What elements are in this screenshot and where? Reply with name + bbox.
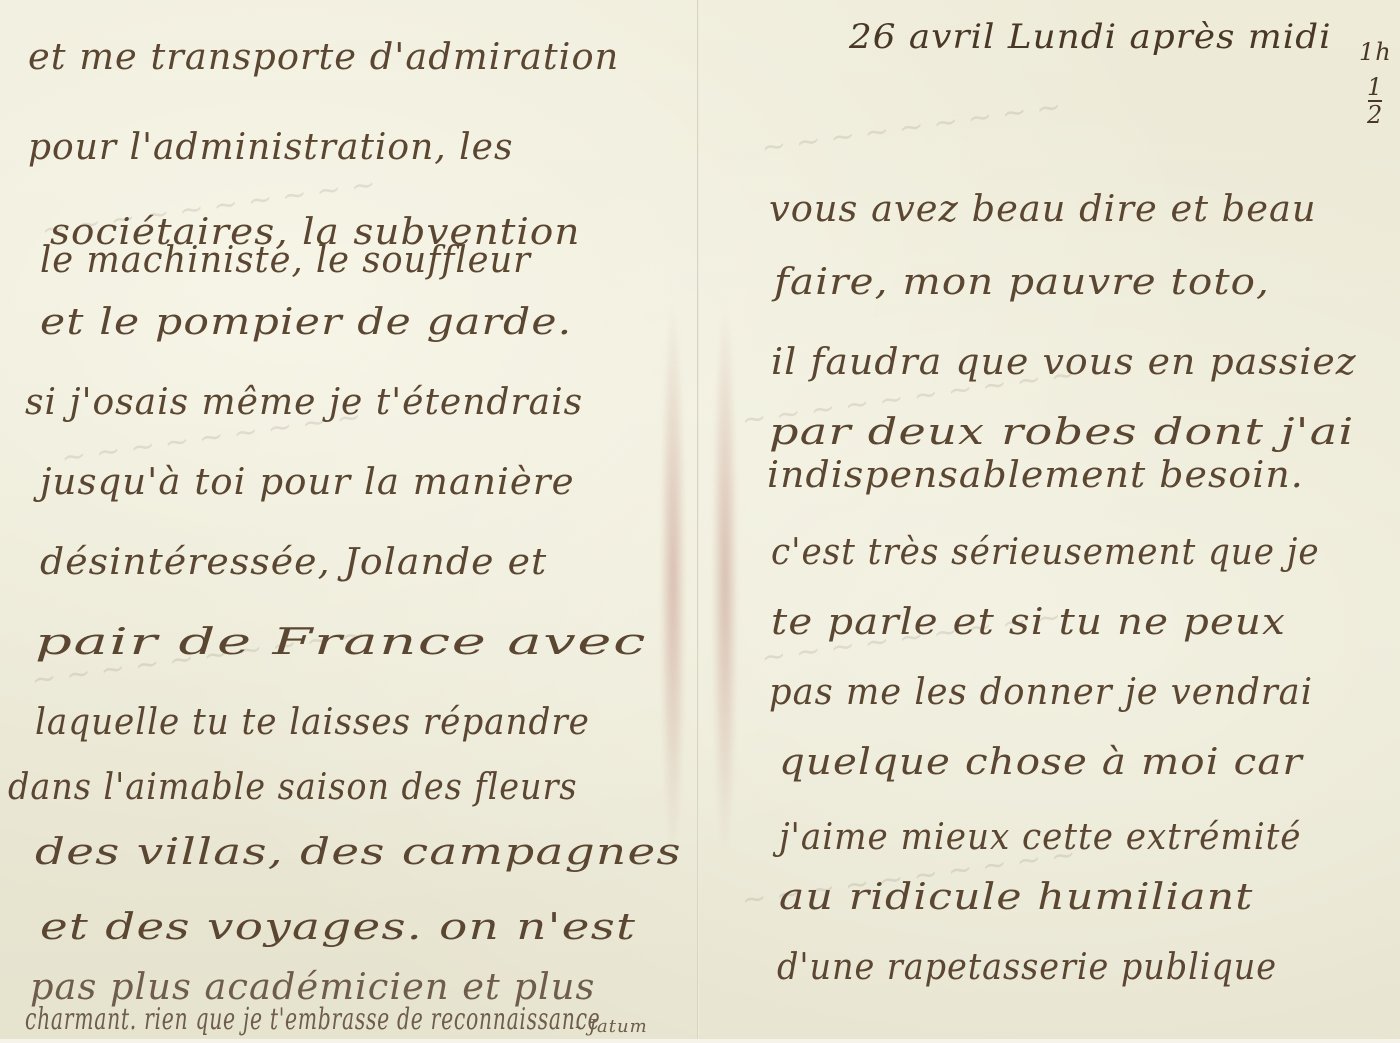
letter-time-fraction: 1 2 (1367, 75, 1382, 127)
paper-bottom-edge (0, 1039, 1400, 1043)
letter-scan: ~ ~ ~ ~ ~ ~ ~ ~ ~ ~ ~ ~ ~ ~ ~ ~ ~ ~ ~ ~ … (0, 0, 1400, 1043)
handwritten-line: vous avez beau dire et beau (769, 192, 1317, 228)
handwritten-line: faire, mon pauvre toto, (774, 265, 1270, 301)
handwritten-line: charmant. rien que je t'embrasse de reco… (25, 1005, 600, 1035)
handwritten-line: d'une rapetasserie publique (777, 950, 1277, 986)
handwritten-line: pas me les donner je vendrai (769, 675, 1313, 711)
handwritten-line: au ridicule humiliant (779, 880, 1254, 916)
footnote-signature: - Jatum (575, 1018, 648, 1036)
fraction-numerator: 1 (1367, 75, 1382, 99)
handwritten-line: désintéressée, Jolande et (40, 545, 547, 581)
handwritten-line: il faudra que vous en passiez (771, 345, 1357, 381)
handwritten-line: jusqu'à toi pour la manière (40, 465, 575, 501)
handwritten-line: pair de France avec (35, 625, 647, 661)
handwritten-line: c'est très sérieusement que je (771, 535, 1320, 571)
left-page: et me transporte d'admiration pour l'adm… (0, 0, 697, 1043)
right-page: 26 avril Lundi après midi 1h 1 2 vous av… (699, 0, 1400, 1043)
handwritten-line: te parle et si tu ne peux (771, 605, 1286, 641)
handwritten-line: si j'osais même je t'étendrais (25, 385, 583, 421)
handwritten-line: et des voyages. on n'est (40, 910, 636, 946)
handwritten-line: par deux robes dont j'ai (769, 415, 1355, 451)
letter-time-hour: 1h (1359, 40, 1392, 64)
handwritten-line: le machiniste, le souffleur (40, 243, 531, 279)
handwritten-line: dans l'aimable saison des fleurs (8, 770, 578, 806)
handwritten-line: et le pompier de garde. (40, 305, 572, 341)
handwritten-line: laquelle tu te laisses répandre (35, 705, 590, 741)
handwritten-line: pour l'administration, les (28, 130, 513, 166)
letter-date: 26 avril Lundi après midi (849, 20, 1332, 54)
handwritten-line: des villas, des campagnes (35, 835, 682, 871)
handwritten-line: pas plus académicien et plus (30, 970, 595, 1006)
handwritten-line: et me transporte d'admiration (28, 40, 619, 76)
handwritten-line: indispensablement besoin. (767, 458, 1304, 494)
handwritten-line: j'aime mieux cette extrémité (779, 820, 1301, 856)
fraction-denominator: 2 (1367, 103, 1382, 127)
handwritten-line: quelque chose à moi car (779, 745, 1303, 781)
